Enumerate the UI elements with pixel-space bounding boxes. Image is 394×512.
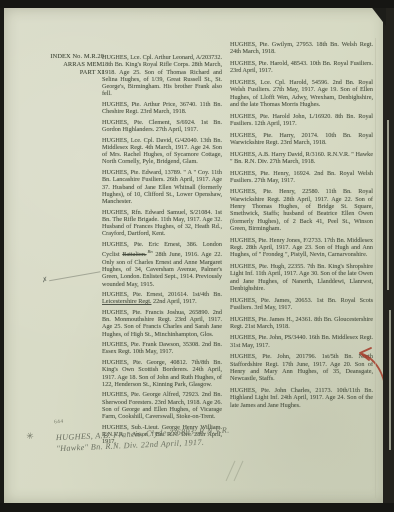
photo-border-top xyxy=(0,0,394,8)
page-stack-edge xyxy=(383,0,394,512)
register-entry: HUGHES, Pte. George Alfred, 72923. 2nd B… xyxy=(102,391,222,420)
register-entry: HUGHES, Pte. Gwilym, 27953. 18th Bn. Wel… xyxy=(230,41,373,56)
register-entry: HUGHES, Pte. Edward, 13789. " A " Coy. 1… xyxy=(102,169,222,205)
register-entry: HUGHES, Rfn. Edward Samuel, S/21084. 1st… xyxy=(102,209,222,238)
register-entry: HUGHES, Pte. Henry, 22580. 11th Bn. Roya… xyxy=(230,188,373,232)
register-entry: HUGHES, Pte. Harold, 48543. 10th Bn. Roy… xyxy=(230,60,373,75)
page-stack-strip xyxy=(387,120,389,290)
register-entry: HUGHES, Lce. Cpl. David, G/42040. 13th B… xyxy=(102,137,222,166)
register-entry: HUGHES, Pte. Frank Dawson, 35308. 2nd Bn… xyxy=(102,341,222,356)
register-entry: HUGHES, Lce. Cpl. Harold, 54596. 2nd Bn.… xyxy=(230,79,373,108)
right-column: HUGHES, Pte. Gwilym, 27953. 18th Bn. Wel… xyxy=(230,41,373,413)
photo-border-bottom xyxy=(0,503,394,512)
pencil-star-icon: ✳ xyxy=(25,430,35,442)
photo-frame: INDEX No. M.R.20 ARRAS MEM. PART XI HUGH… xyxy=(0,0,394,512)
pencil-x-mark: ✗ xyxy=(41,276,48,285)
register-entry: HUGHES, Pte. Henry, 16924. 2nd Bn. Royal… xyxy=(230,170,373,185)
page-edge xyxy=(375,38,376,498)
register-entry: HUGHES, Pte. Francis Joshua, 265890. 2nd… xyxy=(102,309,222,338)
register-entry: HUGHES, Pte. Clement, S/6924. 1st Bn. Go… xyxy=(102,119,222,134)
register-entry: HUGHES, A.B. Harry David, R/3160. R.N.V.… xyxy=(230,151,373,166)
register-entry: HUGHES, Pte. John, PS/3440. 16th Bn. Mid… xyxy=(230,334,373,349)
register-entry: HUGHES, Pte. Eric Ernest, 386. London Cy… xyxy=(102,241,222,288)
register-entry: HUGHES, Pte. John Charles, 21173. 10th/1… xyxy=(230,387,373,409)
register-page: INDEX No. M.R.20 ARRAS MEM. PART XI HUGH… xyxy=(4,8,386,503)
register-entry: HUGHES, Pte. James, 20653. 1st Bn. Royal… xyxy=(230,297,373,312)
index-header: INDEX No. M.R.20 ARRAS MEM. PART XI xyxy=(32,53,104,76)
register-entry: HUGHES, Pte. James H., 24361. 8th Bn. Gl… xyxy=(230,316,373,331)
register-entry: HUGHES, Pte. Arthur Price, 36740. 11th B… xyxy=(102,101,222,116)
register-entry: HUGHES, Pte. John, 201796. 1st/5th Bn. N… xyxy=(230,353,373,382)
faint-pencil-marks xyxy=(230,460,254,486)
part-number: PART XI xyxy=(32,69,104,77)
register-entry: HUGHES, Pte. Harry, 20174. 10th Bn. Roya… xyxy=(230,132,373,147)
handwritten-entry: HUGHES, A.B. Francis, Clyde Z/6893. R.N.… xyxy=(56,424,247,454)
index-number: INDEX No. M.R.20 xyxy=(32,53,104,61)
register-entry: HUGHES, Pte. Harold John, L/16920. 8th B… xyxy=(230,113,373,128)
register-entry: HUGHES, Pte. Henry Jones, F/2733. 17th B… xyxy=(230,237,373,259)
pencil-number: 644 xyxy=(54,419,64,426)
register-entry: HUGHES, Pte. Ernest, 201614. 1st/4th Bn.… xyxy=(102,291,222,306)
memorial-name: ARRAS MEM. xyxy=(32,61,104,69)
register-entry: HUGHES, Pte. George, 40812. 7th/8th Bn. … xyxy=(102,359,222,388)
register-entry: HUGHES, Lce. Cpl. Arthur Leonard, A/2037… xyxy=(102,54,222,98)
register-entry: HUGHES, Pte. Hugh, 22355. 7th Bn. King's… xyxy=(230,263,373,292)
left-column: HUGHES, Lce. Cpl. Arthur Leonard, A/2037… xyxy=(102,54,222,449)
page-stack-strip xyxy=(389,310,391,450)
